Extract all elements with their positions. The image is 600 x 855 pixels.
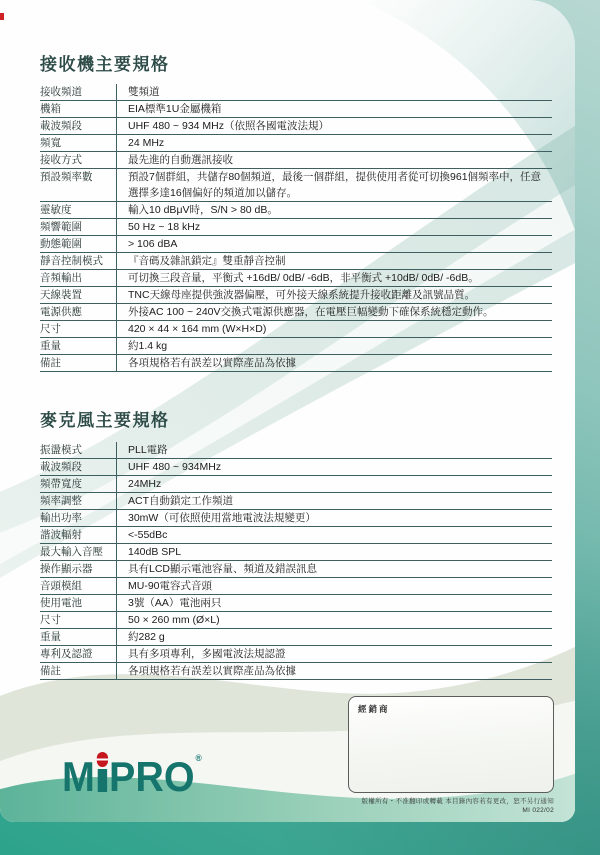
spec-row: 機箱EIA標準1U金屬機箱 xyxy=(40,101,552,118)
spec-label: 靈敏度 xyxy=(40,202,117,218)
spec-row: 操作顯示器具有LCD顯示電池容量、頻道及錯誤訊息 xyxy=(40,561,552,578)
spec-value: 24 MHz xyxy=(117,135,552,151)
dealer-box: 經銷商 xyxy=(348,696,554,793)
logo-letter-r: R xyxy=(135,761,164,792)
spec-label: 最大輸入音壓 xyxy=(40,544,117,560)
mipro-logo: M P R O ® xyxy=(62,752,202,792)
spec-value: 約282 g xyxy=(117,629,552,645)
spec-row: 使用電池3號（AA）電池兩只 xyxy=(40,595,552,612)
spec-row: 重量約1.4 kg xyxy=(40,338,552,355)
microphone-section-title: 麥克風主要規格 xyxy=(40,406,170,431)
spec-row: 專利及認證具有多項專利，多國電波法規認證 xyxy=(40,646,552,663)
spec-value: 可切換三段音量，平衡式 +16dB/ 0dB/ -6dB，非平衡式 +10dB/… xyxy=(117,270,552,286)
red-edge-mark xyxy=(0,13,4,20)
catalog-page: { "colors": { "background_teal": "#2da38… xyxy=(0,0,600,855)
logo-i-bar xyxy=(97,769,106,792)
spec-value: PLL電路 xyxy=(117,442,552,458)
spec-value: UHF 480 ~ 934 MHz（依照各國電波法規） xyxy=(117,118,552,134)
spec-row: 振盪模式PLL電路 xyxy=(40,442,552,459)
spec-label: 靜音控制模式 xyxy=(40,253,117,269)
spec-value: ACT自動鎖定工作頻道 xyxy=(117,493,552,509)
spec-label: 音頭模組 xyxy=(40,578,117,594)
microphone-spec-table: 振盪模式PLL電路載波頻段UHF 480 ~ 934MHz頻帶寬度24MHz頻率… xyxy=(40,442,552,680)
spec-label: 動態範圍 xyxy=(40,236,117,252)
document-code: MI 022/02 xyxy=(361,806,554,815)
receiver-spec-table: 接收頻道雙頻道機箱EIA標準1U金屬機箱載波頻段UHF 480 ~ 934 MH… xyxy=(40,84,552,372)
spec-label: 備註 xyxy=(40,663,117,679)
spec-label: 使用電池 xyxy=(40,595,117,611)
spec-value: 各項規格若有誤差以實際產品為依據 xyxy=(117,355,552,371)
spec-row: 輸出功率30mW（可依照使用當地電波法規變更） xyxy=(40,510,552,527)
spec-value: 雙頻道 xyxy=(117,84,552,100)
spec-label: 頻寬 xyxy=(40,135,117,151)
spec-label: 載波頻段 xyxy=(40,459,117,475)
spec-label: 振盪模式 xyxy=(40,442,117,458)
spec-label: 尺寸 xyxy=(40,612,117,628)
spec-label: 頻帶寬度 xyxy=(40,476,117,492)
receiver-section-title: 接收機主要規格 xyxy=(40,50,170,75)
spec-value: 50 × 260 mm (Ø×L) xyxy=(117,612,552,628)
spec-value: 140dB SPL xyxy=(117,544,552,560)
spec-row: 靜音控制模式『音碼及雜訊鎖定』雙重靜音控制 xyxy=(40,253,552,270)
spec-row: 載波頻段UHF 480 ~ 934MHz xyxy=(40,459,552,476)
spec-row: 接收方式最先進的自動選訊接收 xyxy=(40,152,552,169)
spec-row: 尺寸50 × 260 mm (Ø×L) xyxy=(40,612,552,629)
spec-value: 輸入10 dBμV時，S/N > 80 dB。 xyxy=(117,202,552,218)
spec-label: 載波頻段 xyxy=(40,118,117,134)
microphone-capsule-icon xyxy=(96,752,107,767)
spec-label: 頻響範圍 xyxy=(40,219,117,235)
copyright-note: 版權所有・不准翻印或轉載 本目錄內容若有更改，恕不另行通知 MI 022/02 xyxy=(361,797,554,815)
spec-row: 電源供應外接AC 100 ~ 240V交換式電源供應器，在電壓巨幅變動下確保系統… xyxy=(40,304,552,321)
spec-value: 最先進的自動選訊接收 xyxy=(117,152,552,168)
logo-letter-o: O xyxy=(164,761,195,792)
spec-value: UHF 480 ~ 934MHz xyxy=(117,459,552,475)
spec-row: 頻帶寬度24MHz xyxy=(40,476,552,493)
spec-row: 頻寬24 MHz xyxy=(40,135,552,152)
spec-row: 預設頻率數預設7個群組，共儲存80個頻道，最後一個群組，提供使用者從可切換961… xyxy=(40,169,552,202)
spec-value: MU-90電容式音頭 xyxy=(117,578,552,594)
spec-value: TNC天線母座提供強波器偏壓，可外接天線系統提升接收距離及訊號品質。 xyxy=(117,287,552,303)
spec-row: 重量約282 g xyxy=(40,629,552,646)
spec-row: 諧波輻射<-55dBc xyxy=(40,527,552,544)
spec-row: 動態範圍> 106 dBA xyxy=(40,236,552,253)
spec-label: 輸出功率 xyxy=(40,510,117,526)
spec-value: 約1.4 kg xyxy=(117,338,552,354)
spec-sheet-card: 接收機主要規格 接收頻道雙頻道機箱EIA標準1U金屬機箱載波頻段UHF 480 … xyxy=(0,0,575,822)
spec-value: > 106 dBA xyxy=(117,236,552,252)
spec-label: 頻率調整 xyxy=(40,493,117,509)
registered-trademark-icon: ® xyxy=(196,754,202,763)
spec-label: 諧波輻射 xyxy=(40,527,117,543)
spec-label: 接收頻道 xyxy=(40,84,117,100)
spec-row: 備註各項規格若有誤差以實際產品為依據 xyxy=(40,355,552,372)
spec-label: 操作顯示器 xyxy=(40,561,117,577)
spec-label: 電源供應 xyxy=(40,304,117,320)
spec-value: 3號（AA）電池兩只 xyxy=(117,595,552,611)
spec-label: 預設頻率數 xyxy=(40,169,117,201)
spec-label: 機箱 xyxy=(40,101,117,117)
spec-label: 重量 xyxy=(40,629,117,645)
spec-label: 備註 xyxy=(40,355,117,371)
spec-value: 具有LCD顯示電池容量、頻道及錯誤訊息 xyxy=(117,561,552,577)
spec-label: 接收方式 xyxy=(40,152,117,168)
spec-value: 24MHz xyxy=(117,476,552,492)
spec-label: 天線裝置 xyxy=(40,287,117,303)
spec-value: EIA標準1U金屬機箱 xyxy=(117,101,552,117)
spec-row: 天線裝置TNC天線母座提供強波器偏壓，可外接天線系統提升接收距離及訊號品質。 xyxy=(40,287,552,304)
spec-row: 頻率調整ACT自動鎖定工作頻道 xyxy=(40,493,552,510)
spec-value: 50 Hz ~ 18 kHz xyxy=(117,219,552,235)
spec-value: 預設7個群組，共儲存80個頻道，最後一個群組，提供使用者從可切換961個頻率中，… xyxy=(117,169,552,201)
spec-row: 尺寸420 × 44 × 164 mm (W×H×D) xyxy=(40,321,552,338)
copyright-line: 版權所有・不准翻印或轉載 本目錄內容若有更改，恕不另行通知 xyxy=(361,797,554,806)
spec-row: 靈敏度輸入10 dBμV時，S/N > 80 dB。 xyxy=(40,202,552,219)
spec-row: 音頻輸出可切換三段音量，平衡式 +16dB/ 0dB/ -6dB，非平衡式 +1… xyxy=(40,270,552,287)
spec-row: 頻響範圍50 Hz ~ 18 kHz xyxy=(40,219,552,236)
spec-row: 音頭模組MU-90電容式音頭 xyxy=(40,578,552,595)
spec-row: 接收頻道雙頻道 xyxy=(40,84,552,101)
spec-value: 外接AC 100 ~ 240V交換式電源供應器，在電壓巨幅變動下確保系統穩定動作… xyxy=(117,304,552,320)
logo-letter-m: M xyxy=(62,761,95,792)
spec-label: 重量 xyxy=(40,338,117,354)
spec-row: 載波頻段UHF 480 ~ 934 MHz（依照各國電波法規） xyxy=(40,118,552,135)
spec-value: 各項規格若有誤差以實際產品為依據 xyxy=(117,663,552,679)
spec-label: 專利及認證 xyxy=(40,646,117,662)
logo-letter-i xyxy=(96,752,108,792)
spec-label: 尺寸 xyxy=(40,321,117,337)
spec-value: 420 × 44 × 164 mm (W×H×D) xyxy=(117,321,552,337)
dealer-box-label: 經銷商 xyxy=(349,697,553,715)
spec-value: 30mW（可依照使用當地電波法規變更） xyxy=(117,510,552,526)
spec-row: 備註各項規格若有誤差以實際產品為依據 xyxy=(40,663,552,680)
spec-value: 『音碼及雜訊鎖定』雙重靜音控制 xyxy=(117,253,552,269)
spec-row: 最大輸入音壓140dB SPL xyxy=(40,544,552,561)
spec-label: 音頻輸出 xyxy=(40,270,117,286)
spec-value: 具有多項專利，多國電波法規認證 xyxy=(117,646,552,662)
logo-letter-p: P xyxy=(109,761,135,792)
spec-value: <-55dBc xyxy=(117,527,552,543)
